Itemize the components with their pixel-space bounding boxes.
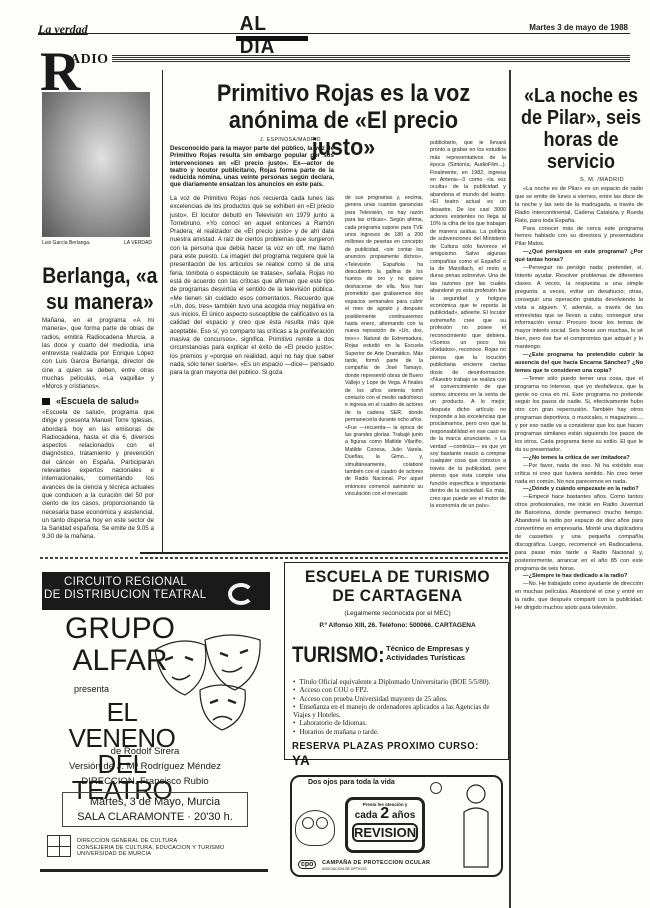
interview-question: —¿No temes la crítica de ser imitadora?: [515, 455, 643, 463]
feature-item: Acceso con COU o FP2.: [293, 686, 505, 694]
feature-item: Horarios de mañana o tarde.: [293, 728, 505, 736]
newspaper-logo: La verdad: [38, 22, 88, 37]
reserve-ya: YA: [292, 752, 310, 768]
main-article-bottom-rule: [140, 552, 508, 554]
main-column-1: La voz de Primitivo Rojas nos recuerda c…: [170, 195, 334, 378]
section-header-rules: [112, 55, 630, 63]
feature-item: Enseñanza en el manejo de ordenadores ap…: [293, 703, 505, 720]
masthead-rule: [38, 33, 630, 34]
cpo-logo: cpo: [298, 860, 316, 869]
main-column-3: publicitario, que le llevará pronto a gr…: [430, 140, 506, 510]
interview-paragraph: Para conocer más de cerca este programa …: [515, 226, 643, 250]
boy-illustration-icon: [460, 782, 492, 872]
campaign-sub: ASOCIACION DE OPTICOS: [322, 867, 367, 871]
photo-caption: Luis García Berlanga. LA VERDAD: [42, 240, 152, 246]
interview-question: —¿Siempre te has dedicado a la radio?: [515, 573, 643, 581]
turismo-subtitle: Técnico de Empresas y Actividades Turíst…: [386, 644, 504, 662]
turismo-big-label: TURISMO:: [292, 642, 384, 668]
version-line: Versión de J. Mª Rodríguez Méndez: [40, 759, 250, 774]
escuela-salud-body: «Escuela de salud», programa que dirige …: [42, 409, 154, 542]
issue-date: Martes 3 de mayo de 1988: [529, 23, 628, 32]
interview-question: —¿Qué persigues en este programa? ¿Por q…: [515, 249, 643, 265]
author-line: de Rodolf Sirera: [40, 744, 250, 759]
berlanga-headline: Berlanga, «a su manera»: [40, 263, 160, 315]
interview-question: —¿Este programa ha pretendido cubrir la …: [515, 352, 643, 376]
cultura-logo-icon: [47, 835, 71, 857]
turismo-legal: (Legalmente reconocida por el MEC): [290, 610, 505, 617]
subhead-text: «Escuela de salud»: [56, 396, 139, 406]
berlanga-photo: [42, 92, 150, 237]
ojos-cada: cada 2 años: [348, 807, 422, 823]
section-label: ADIO: [70, 52, 109, 68]
circuito-logo-icon: [228, 583, 254, 605]
play-credits: de Rodolf Sirera Versión de J. Mª Rodríg…: [40, 744, 250, 789]
event-venue: SALA CLARAMONTE · 20'30 h.: [63, 810, 247, 825]
ojos-slogan: Dos ojos para toda la vida: [308, 779, 395, 786]
main-column-2: de sus programas y, encima, genera unas …: [345, 195, 423, 499]
event-date-box: Martes, 3 de Mayo, Murcia SALA CLARAMONT…: [62, 792, 248, 827]
bullet-square-icon: [42, 398, 50, 405]
presenta-label: presenta: [74, 684, 109, 694]
theater-masks-icon: [150, 625, 270, 735]
teatro-ad-rule: [40, 869, 268, 872]
interview-paragraph: —Perseguir no persigo nada; pretender, s…: [515, 265, 643, 352]
ojos-center-panel: Presta les atención y cada 2 años REVISI…: [345, 797, 425, 853]
interview-paragraph: —Temer sólo puedo temer una cosa, que el…: [515, 376, 643, 455]
interview-paragraph: «La noche es de Pilar» es un espacio de …: [515, 186, 643, 226]
interview-paragraph: —No. He trabajado como ayudante de direc…: [515, 581, 643, 613]
sun-icon: [430, 782, 442, 794]
turismo-address: P.º Alfonso XIII, 26. Teléfono: 500066. …: [290, 622, 505, 629]
berlanga-body: Mañana, en el programa «A mi manera», qu…: [42, 317, 154, 392]
right-column-rule: [509, 70, 511, 908]
sponsor-line: UNIVERSIDAD DE MURCIA: [77, 851, 224, 858]
right-headline: «La noche es de Pilar», seis horas de se…: [521, 85, 642, 173]
interview-paragraph: —Por favor, nada de eso. Ni ha existido …: [515, 463, 643, 487]
cada-word: cada: [355, 810, 378, 821]
main-lead: Desconocido para la mayor parte del públ…: [170, 145, 334, 189]
turismo-title: ESCUELA DE TURISMO DE CARTAGENA: [299, 567, 497, 605]
interview-question: —¿Dónde y cuándo empezaste en la radio?: [515, 486, 643, 494]
section-title-bar: [236, 36, 308, 41]
two-number: 2: [380, 805, 389, 822]
photo-caption-text: Luis García Berlanga.: [42, 240, 90, 246]
main-byline: J. ESPINOSA/MADRID: [260, 137, 321, 143]
turismo-reserve: RESERVA PLAZAS PROXIMO CURSO: YA: [292, 741, 496, 768]
years-word: años: [392, 810, 415, 821]
sponsor-list: DIRECCION GENERAL DE CULTURA CONSEJERIA …: [77, 838, 224, 858]
owl-illustration-icon: [295, 810, 335, 846]
reserve-text: RESERVA PLAZAS PROXIMO CURSO:: [292, 741, 479, 752]
revision-label: REVISION: [352, 823, 418, 842]
dotted-separator: [40, 557, 508, 559]
direction-line: DIRECCION. Francisco Rubio: [40, 774, 250, 789]
right-byline: S. M. /MADRID: [580, 177, 624, 183]
right-article-body: «La noche es de Pilar» es un espacio de …: [515, 186, 643, 613]
feature-item: Título Oficial equivalente a Diplomado U…: [293, 678, 505, 686]
interview-paragraph: —Empecé hace bastantes años. Como tantos…: [515, 494, 643, 573]
photo-credit: LA VERDAD: [124, 240, 152, 246]
feature-item: Acceso con prueba Universidad mayores de…: [293, 695, 505, 703]
turismo-features: Título Oficial equivalente a Diplomado U…: [293, 678, 505, 736]
escuela-salud-subhead: «Escuela de salud»: [42, 396, 139, 406]
event-date: Martes, 3 de Mayo, Murcia: [63, 795, 247, 810]
campaign-name: CAMPAÑA DE PROTECCION OCULAR: [322, 860, 430, 866]
feature-item: Laboratorio de Idiomas.: [293, 719, 505, 727]
